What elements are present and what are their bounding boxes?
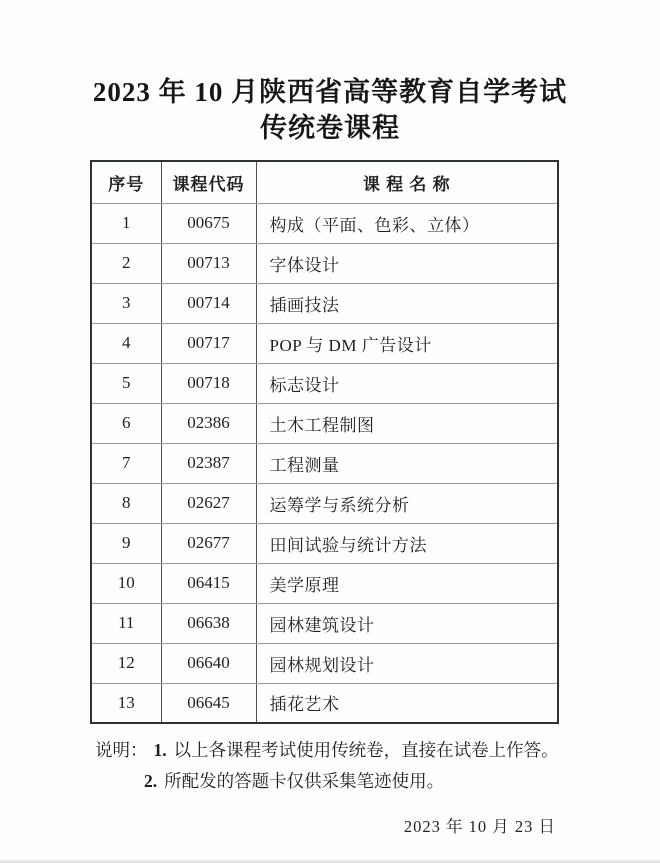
- cell-serial-number: 8: [91, 483, 161, 523]
- cell-course-name: 园林规划设计: [256, 643, 558, 683]
- cell-course-code: 06415: [161, 563, 256, 603]
- table-row: 200713字体设计: [91, 243, 558, 283]
- cell-serial-number: 2: [91, 243, 161, 283]
- cell-course-name: 标志设计: [256, 363, 558, 403]
- table-row: 802627运筹学与系统分析: [91, 483, 558, 523]
- cell-serial-number: 4: [91, 323, 161, 363]
- note-line-2: 2.所配发的答题卡仅供采集笔迹使用。: [95, 766, 559, 797]
- cell-course-name: 田间试验与统计方法: [256, 523, 558, 563]
- document-page: 2023 年 10 月陕西省高等教育自学考试 传统卷课程 序号 课程代码 课 程…: [0, 0, 660, 863]
- cell-course-name: 土木工程制图: [256, 403, 558, 443]
- notes-label: 说明：: [95, 740, 154, 760]
- cell-course-code: 00714: [161, 283, 256, 323]
- cell-serial-number: 1: [91, 203, 161, 243]
- cell-course-name: 构成（平面、色彩、立体）: [256, 203, 558, 243]
- table-row: 400717POP 与 DM 广告设计: [91, 323, 558, 363]
- cell-course-name: 插画技法: [256, 283, 558, 323]
- cell-course-code: 02627: [161, 483, 256, 523]
- cell-course-code: 02387: [161, 443, 256, 483]
- cell-course-name: 工程测量: [256, 443, 558, 483]
- cell-course-code: 00675: [161, 203, 256, 243]
- course-table-body: 100675构成（平面、色彩、立体）200713字体设计300714插画技法40…: [91, 203, 558, 723]
- table-row: 902677田间试验与统计方法: [91, 523, 558, 563]
- table-row: 702387工程测量: [91, 443, 558, 483]
- note-1-number: 1.: [154, 740, 174, 760]
- course-table-header: 序号 课程代码 课 程 名 称: [91, 161, 558, 203]
- title-line-2: 传统卷课程: [0, 110, 660, 146]
- cell-course-code: 02386: [161, 403, 256, 443]
- scan-artifact-bottom-edge: [0, 859, 660, 863]
- title-line-1: 2023 年 10 月陕西省高等教育自学考试: [0, 74, 660, 110]
- cell-course-name: 美学原理: [256, 563, 558, 603]
- cell-course-name: 插花艺术: [256, 683, 558, 723]
- document-date: 2023 年 10 月 23 日: [404, 813, 556, 837]
- table-row: 100675构成（平面、色彩、立体）: [91, 203, 558, 243]
- course-table: 序号 课程代码 课 程 名 称 100675构成（平面、色彩、立体）200713…: [90, 160, 559, 724]
- column-header-course-code: 课程代码: [161, 161, 256, 203]
- cell-course-code: 00718: [161, 363, 256, 403]
- table-row: 300714插画技法: [91, 283, 558, 323]
- cell-course-code: 06640: [161, 643, 256, 683]
- cell-course-name: POP 与 DM 广告设计: [256, 323, 558, 363]
- cell-course-code: 02677: [161, 523, 256, 563]
- cell-serial-number: 12: [91, 643, 161, 683]
- note-line-1: 说明：1.以上各课程考试使用传统卷，直接在试卷上作答。: [95, 735, 559, 766]
- column-header-serial-number: 序号: [91, 161, 161, 203]
- note-2-number: 2.: [144, 771, 164, 791]
- note-2-text: 所配发的答题卡仅供采集笔迹使用。: [164, 771, 444, 791]
- cell-course-code: 00717: [161, 323, 256, 363]
- table-row: 602386土木工程制图: [91, 403, 558, 443]
- cell-serial-number: 6: [91, 403, 161, 443]
- cell-serial-number: 11: [91, 603, 161, 643]
- cell-course-name: 运筹学与系统分析: [256, 483, 558, 523]
- cell-serial-number: 7: [91, 443, 161, 483]
- table-row: 500718标志设计: [91, 363, 558, 403]
- cell-course-code: 06638: [161, 603, 256, 643]
- cell-serial-number: 3: [91, 283, 161, 323]
- cell-serial-number: 13: [91, 683, 161, 723]
- column-header-course-name: 课 程 名 称: [256, 161, 558, 203]
- header-row: 序号 课程代码 课 程 名 称: [91, 161, 558, 203]
- table-row: 1106638园林建筑设计: [91, 603, 558, 643]
- table-row: 1206640园林规划设计: [91, 643, 558, 683]
- cell-serial-number: 9: [91, 523, 161, 563]
- cell-course-code: 06645: [161, 683, 256, 723]
- cell-course-code: 00713: [161, 243, 256, 283]
- note-1-text: 以上各课程考试使用传统卷，直接在试卷上作答。: [174, 740, 559, 760]
- document-title: 2023 年 10 月陕西省高等教育自学考试 传统卷课程: [0, 0, 660, 146]
- cell-course-name: 园林建筑设计: [256, 603, 558, 643]
- table-row: 1306645插花艺术: [91, 683, 558, 723]
- cell-course-name: 字体设计: [256, 243, 558, 283]
- table-row: 1006415美学原理: [91, 563, 558, 603]
- cell-serial-number: 10: [91, 563, 161, 603]
- notes-section: 说明：1.以上各课程考试使用传统卷，直接在试卷上作答。 2.所配发的答题卡仅供采…: [95, 735, 559, 797]
- cell-serial-number: 5: [91, 363, 161, 403]
